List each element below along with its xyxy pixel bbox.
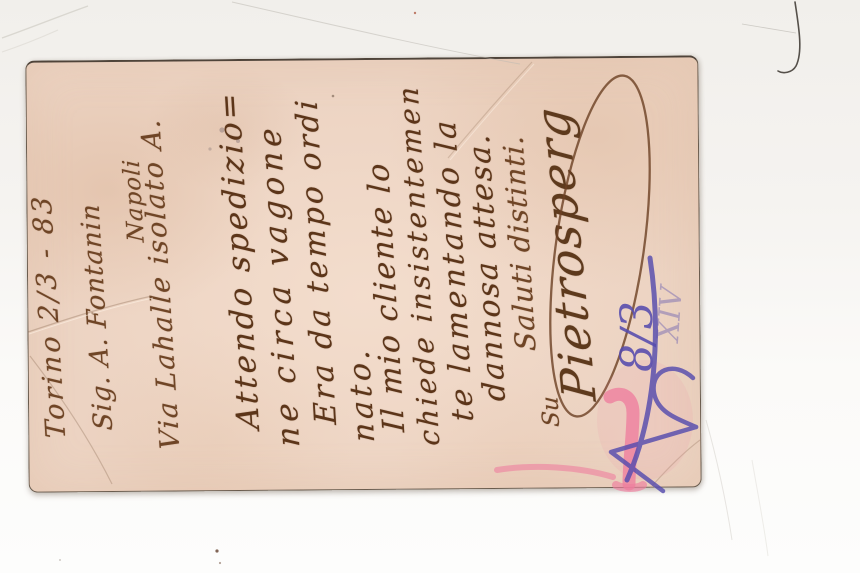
signature-text: Pietrosperg [524,104,607,402]
handwriting-line-date: Torino 2/3 - 83 [26,193,72,439]
handwriting-line-addressee: Sig. A. Fontanin [75,203,119,431]
handwriting-line-street: Via Lahalle isolato A. [135,117,186,451]
hair-artifact [778,2,800,73]
postcard: Torino 2/3 - 83 Sig. A. Fontanin Napoli … [25,55,701,492]
scanner-background: Torino 2/3 - 83 Sig. A. Fontanin Napoli … [0,0,860,573]
handwriting-layer: Torino 2/3 - 83 Sig. A. Fontanin Napoli … [26,57,700,491]
handwriting-line-su: Su [537,396,565,428]
